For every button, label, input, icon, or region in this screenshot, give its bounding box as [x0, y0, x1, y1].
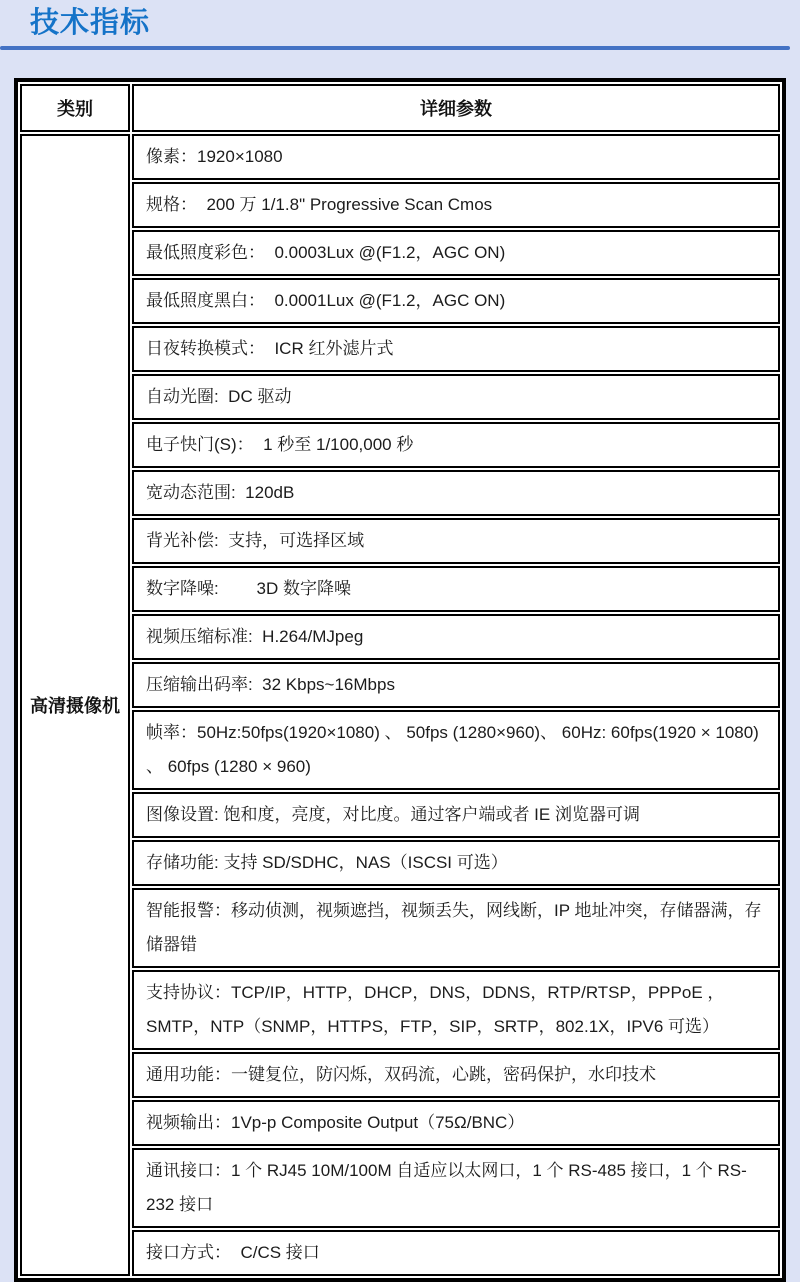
- table-header-row: 类别 详细参数: [20, 84, 780, 132]
- spec-cell-framerate: 帧率：50Hz:50fps(1920×1080) 、 50fps (1280×9…: [132, 710, 780, 790]
- spec-cell-shutter: 电子快门(S)： 1 秒至 1/100,000 秒: [132, 422, 780, 468]
- spec-cell-mount-interface: 接口方式： C/CS 接口: [132, 1230, 780, 1276]
- table-row: 压缩输出码率: 32 Kbps~16Mbps: [20, 662, 780, 708]
- table-row: 最低照度彩色： 0.0003Lux @(F1.2，AGC ON): [20, 230, 780, 276]
- table-row: 电子快门(S)： 1 秒至 1/100,000 秒: [20, 422, 780, 468]
- spec-cell-comm-interface: 通讯接口：1 个 RJ45 10M/100M 自适应以太网口，1 个 RS-48…: [132, 1148, 780, 1228]
- spec-cell-dnr: 数字降噪: 3D 数字降噪: [132, 566, 780, 612]
- table-row: 日夜转换模式： ICR 红外滤片式: [20, 326, 780, 372]
- spec-cell-bitrate: 压缩输出码率: 32 Kbps~16Mbps: [132, 662, 780, 708]
- spec-cell-sensor: 规格： 200 万 1/1.8" Progressive Scan Cmos: [132, 182, 780, 228]
- spec-cell-protocols: 支持协议：TCP/IP，HTTP，DHCP，DNS，DDNS，RTP/RTSP，…: [132, 970, 780, 1050]
- table-row: 规格： 200 万 1/1.8" Progressive Scan Cmos: [20, 182, 780, 228]
- table-row: 宽动态范围: 120dB: [20, 470, 780, 516]
- spec-cell-general-functions: 通用功能：一键复位，防闪烁，双码流，心跳，密码保护，水印技术: [132, 1052, 780, 1098]
- table-row: 支持协议：TCP/IP，HTTP，DHCP，DNS，DDNS，RTP/RTSP，…: [20, 970, 780, 1050]
- table-row: 接口方式： C/CS 接口: [20, 1230, 780, 1276]
- table-row: 通讯接口：1 个 RJ45 10M/100M 自适应以太网口，1 个 RS-48…: [20, 1148, 780, 1228]
- table-row: 高清摄像机 像素：1920×1080: [20, 134, 780, 180]
- spec-cell-video-output: 视频输出：1Vp-p Composite Output（75Ω/BNC）: [132, 1100, 780, 1146]
- spec-cell-smart-alarm: 智能报警：移动侦测，视频遮挡，视频丢失，网线断，IP 地址冲突，存储器满，存储器…: [132, 888, 780, 968]
- column-header-details: 详细参数: [132, 84, 780, 132]
- spec-cell-day-night-mode: 日夜转换模式： ICR 红外滤片式: [132, 326, 780, 372]
- table-row: 自动光圈: DC 驱动: [20, 374, 780, 420]
- spec-cell-pixels: 像素：1920×1080: [132, 134, 780, 180]
- page: 技术指标 类别 详细参数 高清摄像机 像素：1920×1080 规格： 200 …: [0, 0, 800, 1282]
- table-row: 视频输出：1Vp-p Composite Output（75Ω/BNC）: [20, 1100, 780, 1146]
- spec-table: 类别 详细参数 高清摄像机 像素：1920×1080 规格： 200 万 1/1…: [14, 78, 786, 1282]
- column-header-category: 类别: [20, 84, 130, 132]
- category-group-cell: 高清摄像机: [20, 134, 130, 1276]
- page-title: 技术指标: [0, 0, 800, 40]
- spec-cell-auto-iris: 自动光圈: DC 驱动: [132, 374, 780, 420]
- title-underline: [0, 46, 790, 50]
- spec-cell-wdr: 宽动态范围: 120dB: [132, 470, 780, 516]
- table-row: 视频压缩标准: H.264/MJpeg: [20, 614, 780, 660]
- table-row: 图像设置: 饱和度，亮度，对比度。通过客户端或者 IE 浏览器可调: [20, 792, 780, 838]
- table-row: 存储功能: 支持 SD/SDHC，NAS（ISCSI 可选）: [20, 840, 780, 886]
- table-row: 最低照度黑白： 0.0001Lux @(F1.2，AGC ON): [20, 278, 780, 324]
- spec-cell-image-settings: 图像设置: 饱和度，亮度，对比度。通过客户端或者 IE 浏览器可调: [132, 792, 780, 838]
- spec-cell-min-illumination-color: 最低照度彩色： 0.0003Lux @(F1.2，AGC ON): [132, 230, 780, 276]
- table-row: 数字降噪: 3D 数字降噪: [20, 566, 780, 612]
- table-row: 通用功能：一键复位，防闪烁，双码流，心跳，密码保护，水印技术: [20, 1052, 780, 1098]
- spec-cell-compression: 视频压缩标准: H.264/MJpeg: [132, 614, 780, 660]
- table-row: 智能报警：移动侦测，视频遮挡，视频丢失，网线断，IP 地址冲突，存储器满，存储器…: [20, 888, 780, 968]
- table-row: 帧率：50Hz:50fps(1920×1080) 、 50fps (1280×9…: [20, 710, 780, 790]
- spec-cell-blc: 背光补偿: 支持，可选择区域: [132, 518, 780, 564]
- spec-cell-min-illumination-bw: 最低照度黑白： 0.0001Lux @(F1.2，AGC ON): [132, 278, 780, 324]
- spec-cell-storage: 存储功能: 支持 SD/SDHC，NAS（ISCSI 可选）: [132, 840, 780, 886]
- table-row: 背光补偿: 支持，可选择区域: [20, 518, 780, 564]
